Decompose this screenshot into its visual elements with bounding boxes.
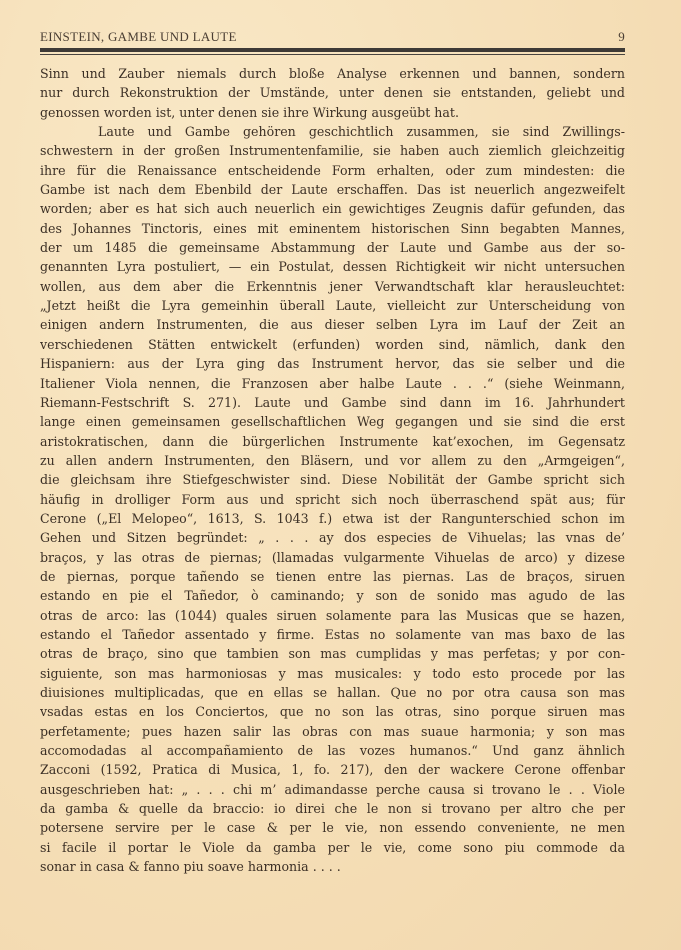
text-line: siguiente, son mas harmoniosas y mas mus… — [40, 664, 625, 683]
text-line: schwestern in der großen Instrumentenfam… — [40, 141, 625, 160]
text-line: Sinn und Zauber niemals durch bloße Anal… — [40, 64, 625, 83]
text-line: Zacconi (1592, Pratica di Musica, 1, fo.… — [40, 760, 625, 779]
text-line: nur durch Rekonstruktion der Umstände, u… — [40, 83, 625, 102]
text-line: zu allen andern Instrumenten, den Bläser… — [40, 451, 625, 470]
text-line: diuisiones multiplicadas, que en ellas s… — [40, 683, 625, 702]
text-line: Gehen und Sitzen begründet: „ . . . ay d… — [40, 528, 625, 547]
text-line: si facile il portar le Viole da gamba pe… — [40, 838, 625, 857]
page-number: 9 — [618, 29, 625, 45]
text-line: Gambe ist nach dem Ebenbild der Laute er… — [40, 180, 625, 199]
text-line: da gamba & quelle da braccio: io direi c… — [40, 799, 625, 818]
text-line: des Johannes Tinctoris, eines mit eminen… — [40, 219, 625, 238]
text-line: ausgeschrieben hat: „ . . . chi m’ adima… — [40, 780, 625, 799]
text-line: Italiener Viola nennen, die Franzosen ab… — [40, 374, 625, 393]
text-line: „Jetzt heißt die Lyra gemeinhin überall … — [40, 296, 625, 315]
running-title: EINSTEIN, GAMBE UND LAUTE — [40, 29, 237, 45]
text-line: einigen andern Instrumenten, die aus die… — [40, 315, 625, 334]
header-rule-thick — [40, 48, 625, 52]
text-line: otras de arco: las (1044) quales siruen … — [40, 606, 625, 625]
header-rule-thin — [40, 54, 625, 55]
text-line: lange einen gemeinsamen gesellschaftlich… — [40, 412, 625, 431]
body-text: Sinn und Zauber niemals durch bloße Anal… — [40, 64, 625, 876]
text-line: estando el Tañedor assentado y firme. Es… — [40, 625, 625, 644]
text-line: estando en pie el Tañedor, ò caminando; … — [40, 586, 625, 605]
text-line: potersene servire per le case & per le v… — [40, 818, 625, 837]
text-line: häufig in drolliger Form aus und spricht… — [40, 490, 625, 509]
text-line: Cerone („El Melopeo“, 1613, S. 1043 f.) … — [40, 509, 625, 528]
text-line: worden; aber es hat sich auch neuerlich … — [40, 199, 625, 218]
paragraph-start-line: Laute und Gambe gehören geschichtlich zu… — [40, 122, 625, 141]
text-line: die gleichsam ihre Stiefgeschwister sind… — [40, 470, 625, 489]
text-line: aristokratischen, dann die bürgerlichen … — [40, 432, 625, 451]
text-line: perfetamente; pues hazen salir las obras… — [40, 722, 625, 741]
text-line: wollen, aus dem aber die Erkenntnis jene… — [40, 277, 625, 296]
text-line: de piernas, porque tañendo se tienen ent… — [40, 567, 625, 586]
text-line: genossen worden ist, unter denen sie ihr… — [40, 103, 625, 122]
text-line: braços, y las otras de piernas; (llamada… — [40, 548, 625, 567]
text-line: genannten Lyra postuliert, — ein Postula… — [40, 257, 625, 276]
text-line: der um 1485 die gemeinsame Abstammung de… — [40, 238, 625, 257]
text-line: verschiedenen Stätten entwickelt (erfund… — [40, 335, 625, 354]
text-line: ihre für die Renaissance entscheidende F… — [40, 161, 625, 180]
text-line: Riemann-Festschrift S. 271). Laute und G… — [40, 393, 625, 412]
text-line: vsadas estas en los Conciertos, que no s… — [40, 702, 625, 721]
running-head: EINSTEIN, GAMBE UND LAUTE 9 — [40, 29, 625, 45]
text-line: Hispaniern: aus der Lyra ging das Instru… — [40, 354, 625, 373]
text-line: otras de braço, sino que tambien son mas… — [40, 644, 625, 663]
text-line: sonar in casa & fanno piu soave harmonia… — [40, 857, 625, 876]
text-line: accomodadas al accompañamiento de las vo… — [40, 741, 625, 760]
